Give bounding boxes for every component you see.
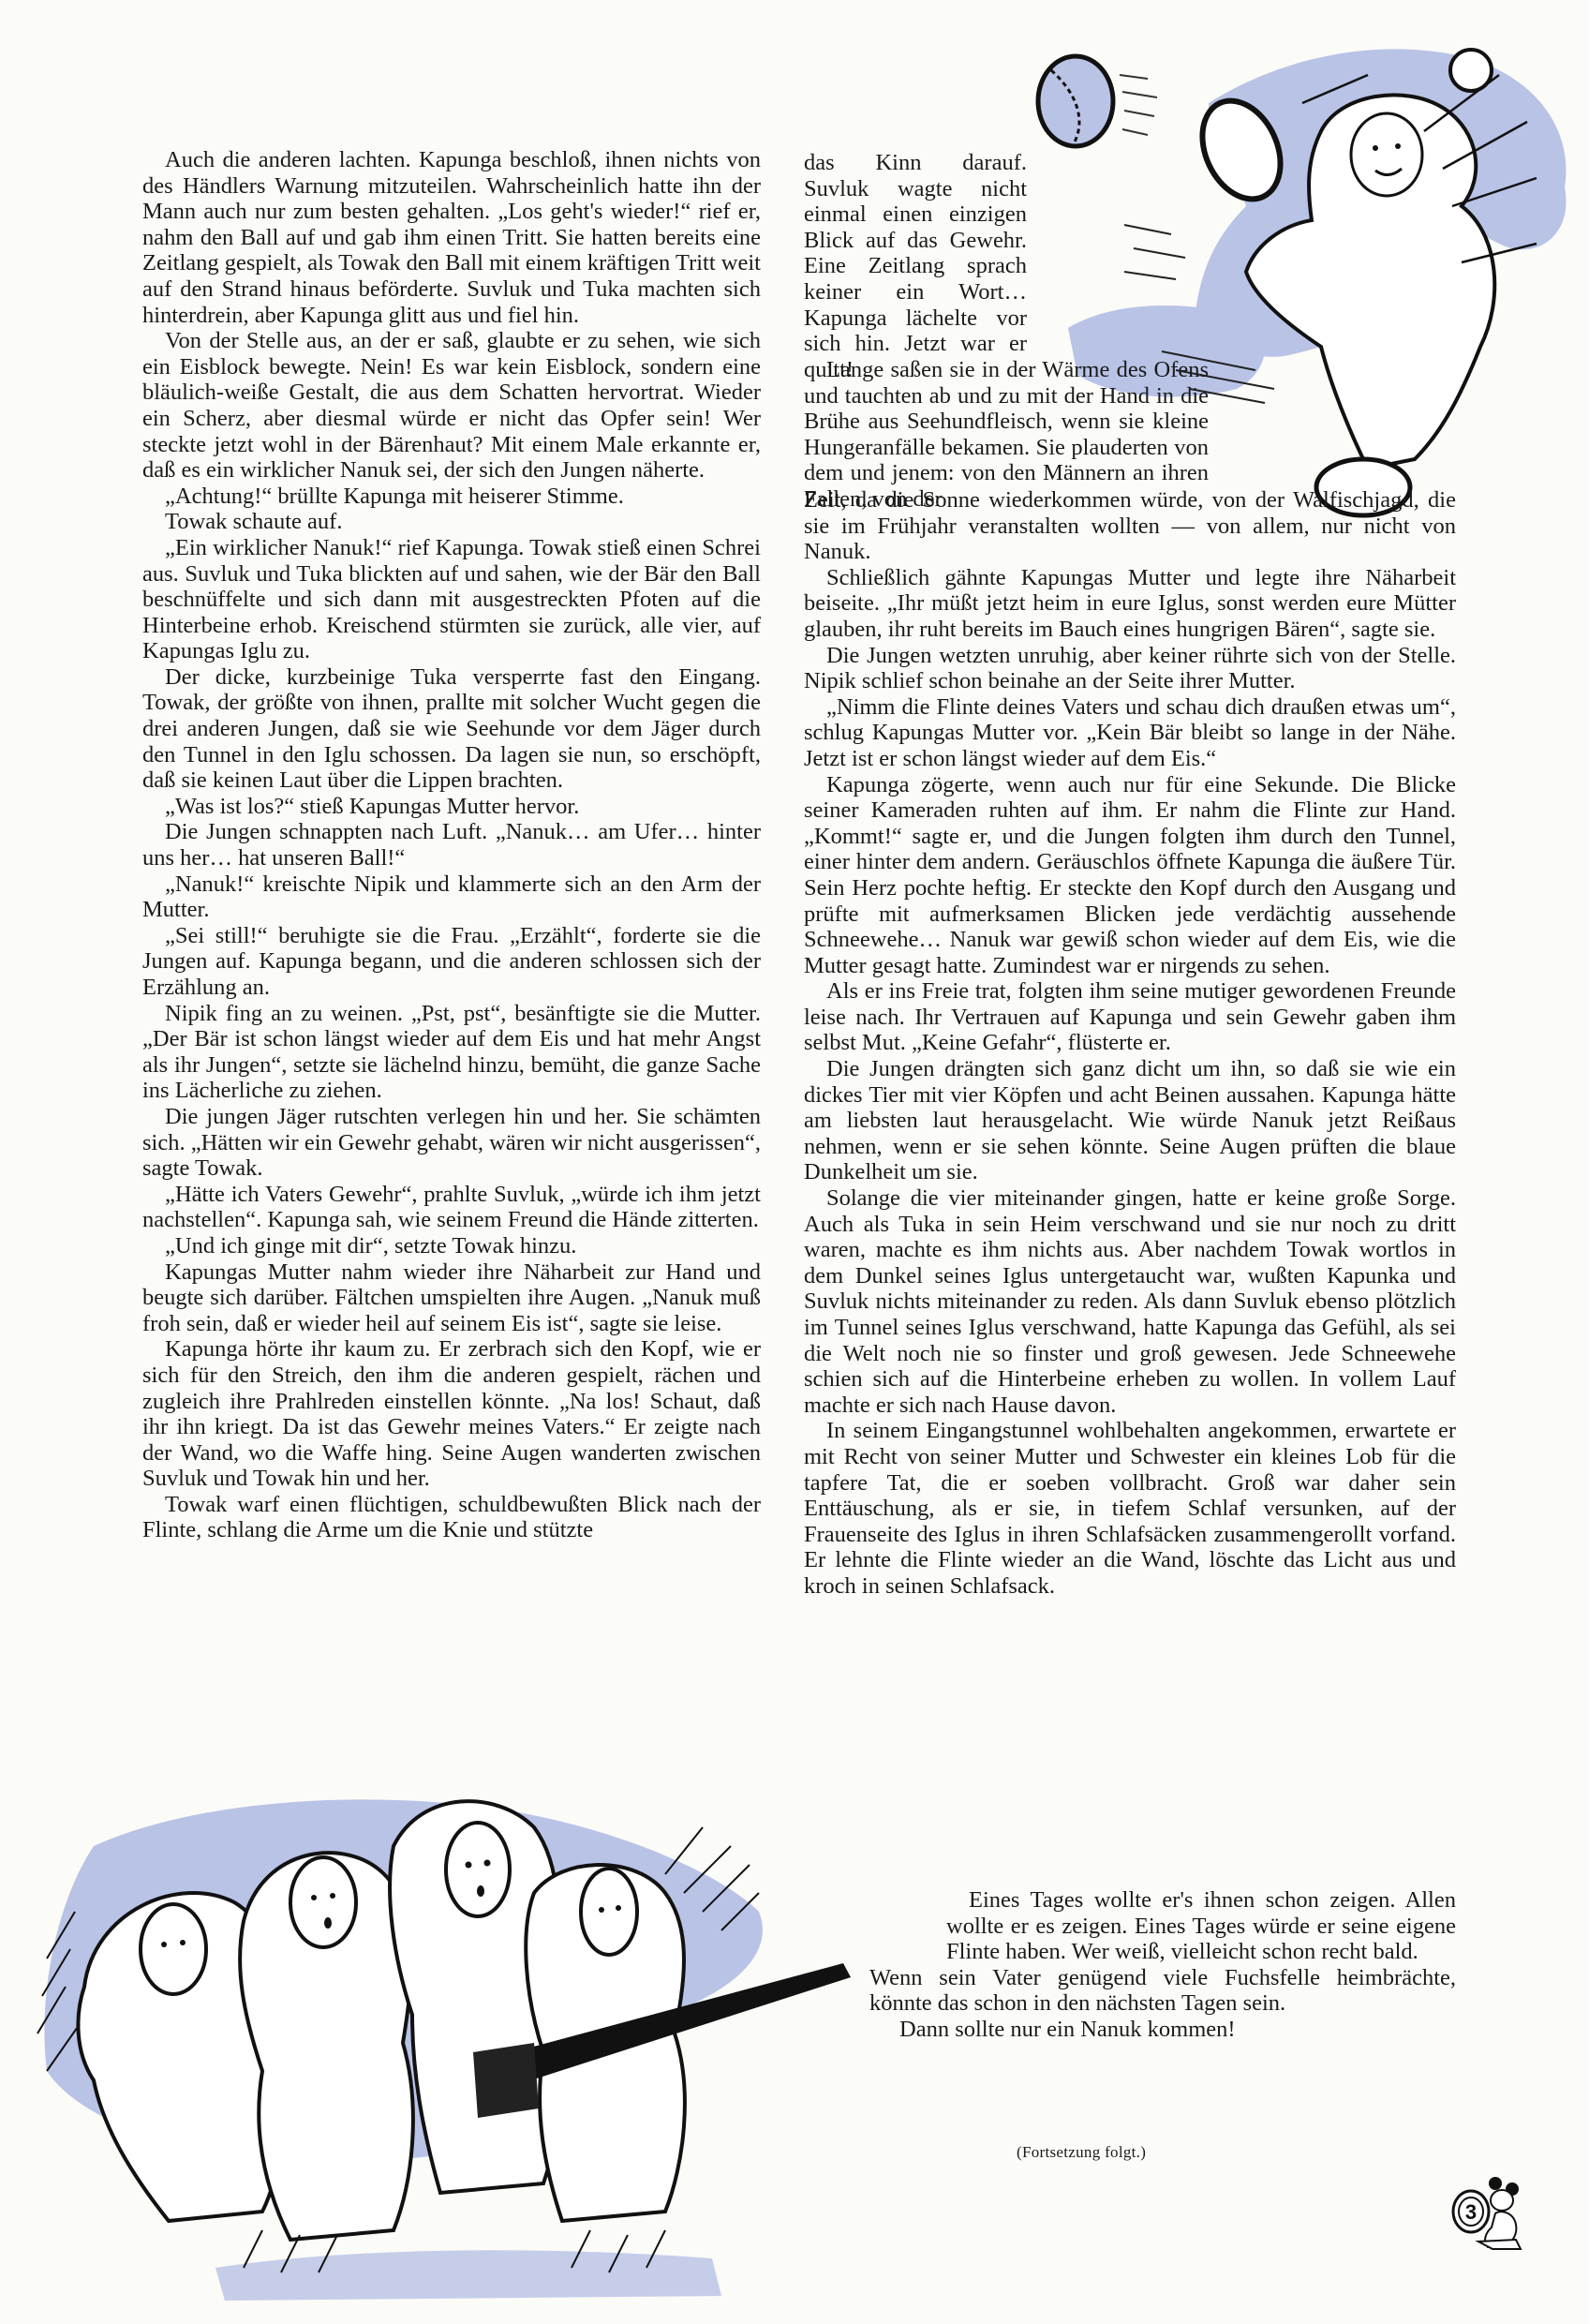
paragraph: Zeit, da die Sonne wiederkommen würde, v… <box>804 487 1456 565</box>
paragraph: Wenn sein Vater genügend viele Fuchsfell… <box>869 1965 1456 2017</box>
paragraph: Die Jungen wetzten unruhig, aber keiner … <box>804 643 1456 694</box>
paragraph: „Hätte ich Vaters Gewehr“, prahlte Suvlu… <box>142 1182 761 1233</box>
four-boys-with-rifle-illustration <box>9 1771 853 2315</box>
paragraph: „Sei still!“ beruhigte sie die Frau. „Er… <box>142 923 761 1001</box>
paragraph: „Nanuk!“ kreischte Nipik und klammerte s… <box>142 871 761 923</box>
page-number-badge: 3 <box>1450 2176 1525 2253</box>
paragraph: Kapunga hörte ihr kaum zu. Er zerbrach s… <box>142 1336 761 1492</box>
paragraph: „Nimm die Flinte deines Vaters und schau… <box>804 694 1456 772</box>
ball-icon <box>1038 56 1157 146</box>
paragraph: Der dicke, kurzbeinige Tuka versperrte f… <box>142 664 761 794</box>
right-column-ending: Eines Tages wollte er's ihnen schon zeig… <box>869 1887 1456 2043</box>
paragraph: Towak warf einen flüchtigen, schuldbewuß… <box>142 1492 761 1543</box>
continuation-note: (Fortsetzung folgt.) <box>1017 2143 1146 2162</box>
paragraph: Solange die vier miteinander gingen, hat… <box>804 1185 1456 1418</box>
paragraph: Die jungen Jäger rutschten verlegen hin … <box>142 1104 761 1182</box>
right-column-top-narrow: das Kinn darauf. Suvluk wagte nicht einm… <box>804 150 1027 382</box>
right-column-main: Zeit, da die Sonne wiederkommen würde, v… <box>804 487 1456 1600</box>
paragraph: Eines Tages wollte er's ihnen schon zeig… <box>946 1887 1456 1965</box>
paragraph: Die Jungen drängten sich ganz dicht um i… <box>804 1056 1456 1185</box>
paragraph: Nipik fing an zu weinen. „Pst, pst“, bes… <box>142 1001 761 1104</box>
paragraph: Schließlich gähnte Kapungas Mutter und l… <box>804 565 1456 643</box>
paragraph: Als er ins Freie trat, folgten ihm seine… <box>804 978 1456 1056</box>
closing-line: Dann sollte nur ein Nanuk kommen! <box>869 2017 1456 2043</box>
paragraph: Kapunga zögerte, wenn auch nur für eine … <box>804 772 1456 979</box>
paragraph: das Kinn darauf. Suvluk wagte nicht einm… <box>804 150 1027 382</box>
paragraph: „Was ist los?“ stieß Kapungas Mutter her… <box>142 794 761 820</box>
page-number: 3 <box>1465 2200 1477 2224</box>
paragraph: „Achtung!“ brüllte Kapunga mit heiserer … <box>142 484 761 510</box>
paragraph: Towak schaute auf. <box>142 509 761 535</box>
left-text-column: Auch die anderen lachten. Kapunga beschl… <box>142 147 761 1543</box>
paragraph: In seinem Eingangstunnel wohlbehalten an… <box>804 1418 1456 1599</box>
paragraph: Von der Stelle aus, an der er saß, glaub… <box>142 328 761 484</box>
paragraph: Auch die anderen lachten. Kapunga beschl… <box>142 147 761 328</box>
paragraph: Kapungas Mutter nahm wieder ihre Näharbe… <box>142 1259 761 1337</box>
paragraph: „Und ich ginge mit dir“, setzte Towak hi… <box>142 1233 761 1259</box>
paragraph: „Ein wirklicher Nanuk!“ rief Kapunga. To… <box>142 535 761 664</box>
paragraph: Die Jungen schnappten nach Luft. „Nanuk…… <box>142 819 761 871</box>
